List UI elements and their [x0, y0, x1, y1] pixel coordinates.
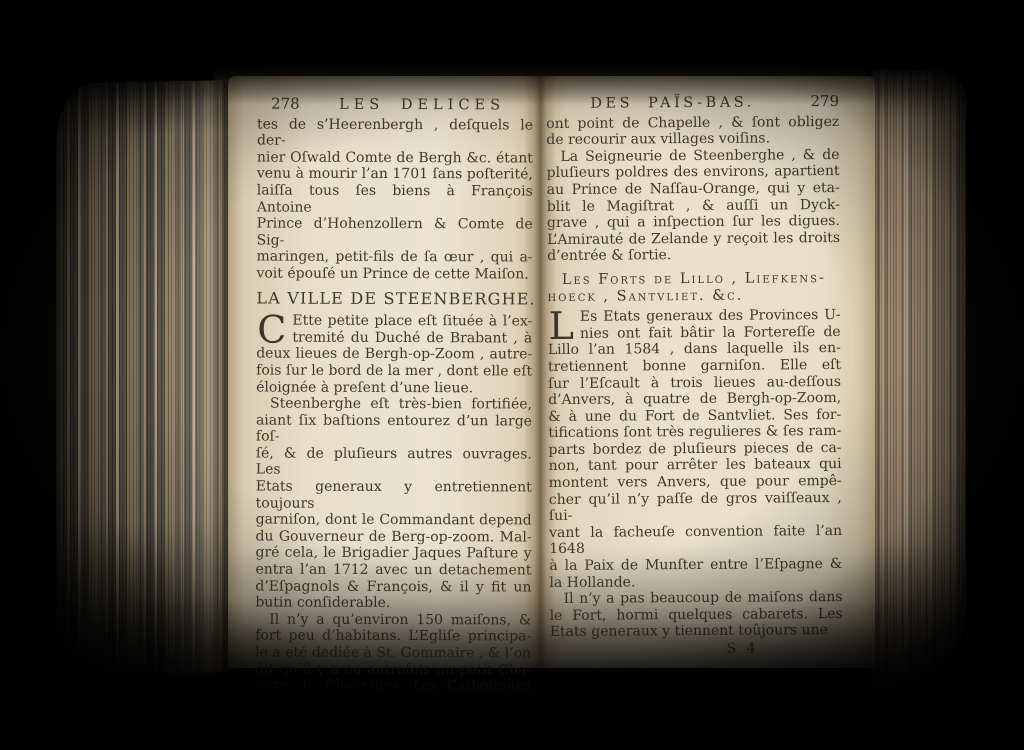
text-line: Les Forts de Lillo , Liefkens-	[547, 270, 840, 289]
text-line: pitre de Chanoines. Les Catholiques n’y	[255, 678, 531, 712]
text-line: deux lieues de Bergh-op-Zoom , autre-	[256, 346, 532, 364]
text-line: butin conſiderable.	[255, 595, 531, 613]
text-line: Il n’y a pas beaucoup de maiſons dans	[550, 589, 843, 608]
text-line: non, tant pour arrêter les bateaux qui	[549, 456, 842, 475]
text-line: cher qu’il n’y paſſe de gros vaiſſeaux ,…	[549, 490, 842, 525]
text-line: le Fort, hormi quelques cabarets. Les	[550, 606, 843, 625]
right-page-text: DES PAÏS-BAS. 279 ont point de Chapelle …	[546, 93, 843, 659]
text-line: d’Anvers, à quatre de Bergh-op-Zoom,	[548, 390, 841, 409]
text-line: tretiennent bonne garniſon. Elle eſt	[548, 357, 841, 376]
text-line: maringen, petit-fils de ſa œur , qui a-	[257, 249, 533, 267]
text-line: L’Amirauté de Zelande y reçoit les droit…	[547, 230, 840, 249]
left-running-title: LES DELICES	[311, 97, 533, 114]
text-line: blit le Magiſtrat , & auſſi un Dyck-	[547, 197, 840, 216]
text-line: parts bordez de pluſieurs pieces de ca-	[548, 440, 841, 459]
text-line: le a eté dediée à St. Gommaire , & l’on	[255, 645, 531, 663]
text-line: fort peu d’habitans. L’Egliſe principa-	[255, 628, 531, 646]
left-fore-edge	[56, 80, 234, 676]
text-line: Es Etats generaux des Provinces U-	[548, 307, 841, 326]
text-line: grave , qui a inſpection ſur les digues.	[547, 213, 840, 232]
paragraph-chapelle: ont point de Chapelle , & ſont obligezde…	[546, 114, 839, 149]
paragraph-situation: C Ette petite place eſt ſituée à l’ex-tr…	[256, 313, 532, 397]
text-line: tes de s’Heerenbergh , deſquels le der-	[257, 116, 533, 150]
text-line: du Gouverneur de Berg-op-zoom. Mal-	[256, 528, 532, 546]
text-line: Steenberghe eſt très-bien fortifiée,	[256, 396, 532, 414]
text-line: Il n’y a qu’environ 150 maiſons, &	[255, 611, 531, 629]
text-line: laiſſa tous ſes biens à François Antoine	[257, 182, 533, 216]
section-title-ville-de-steenberghe: LA VILLE DE STEENBERGHE.	[256, 290, 532, 308]
text-line: venu à mourir l’an 1701 ſans poſterité,	[257, 166, 533, 184]
text-line: Prince d’Hohenzollern & Comte de Sig-	[257, 216, 533, 250]
signature-mark-s4: S 4	[550, 640, 843, 659]
text-line: de recourir aux villages voiſins.	[546, 130, 839, 149]
paragraph-forteresse-lillo: L Es Etats generaux des Provinces U-nies…	[548, 307, 843, 591]
right-running-title: DES PAÏS-BAS.	[546, 94, 799, 112]
text-line: ſé, & de pluſieurs autres ouvrages. Les	[256, 445, 532, 479]
text-line: entra l’an 1712 avec un detachement	[255, 562, 531, 580]
text-line: d’entrée & ſortie.	[547, 246, 840, 265]
left-page-text: 278 LES DELICES tes de s’Heerenbergh , d…	[255, 96, 533, 732]
text-line: à la Paix de Munſter entre l’Eſpagne &	[549, 556, 842, 575]
text-line: hoeck , Santvliet. &c.	[547, 287, 840, 306]
paragraph-maisons: Il n’y a qu’environ 150 maiſons, &fort p…	[255, 611, 531, 712]
text-line: d’Eſpagnols & François, & il y fit un	[255, 578, 531, 596]
left-page-number: 278	[257, 96, 311, 113]
text-line: Etats generaux y entretiennent toujours	[256, 479, 532, 513]
right-page-header: DES PAÏS-BAS. 279	[546, 93, 839, 113]
text-line: tifications ſont très regulieres & ſes r…	[548, 423, 841, 442]
text-line: & à une du Fort de Santvliet. Ses for-	[548, 407, 841, 426]
book-photo: 278 LES DELICES tes de s’Heerenbergh , d…	[0, 0, 1024, 750]
text-line: la Hollande.	[549, 573, 842, 592]
text-line: nier Oſwald Comte de Bergh &c. étant	[257, 149, 533, 167]
right-fore-edge	[872, 69, 966, 693]
text-line: Etats generaux y tiennent toûjours une	[550, 622, 843, 641]
text-line: garniſon, dont le Commandant depend	[256, 512, 532, 530]
text-line: Ette petite place eſt ſituée à l’ex-	[256, 313, 532, 331]
text-line: fois ſur le bord de la mer , dont elle e…	[256, 362, 532, 380]
paragraph-heerenbergh: tes de s’Heerenbergh , deſquels le der-n…	[256, 116, 533, 283]
text-line: voit épouſé un Prince de cette Maiſon.	[256, 265, 532, 283]
ghost-signature-mark: S 3	[255, 714, 531, 732]
text-line: Lillo l’an 1584 , dans laquelle ils en-	[548, 340, 841, 359]
drop-cap-l: L	[548, 309, 580, 341]
paragraph-forteresse-lines: Es Etats generaux des Provinces U-nies o…	[548, 307, 843, 591]
text-line: ont point de Chapelle , & ſont obligez	[546, 114, 839, 133]
text-line: gré cela, le Brigadier Jaques Paſture y	[255, 545, 531, 563]
text-line: au Prince de Naſſau-Orange, qui y eta-	[547, 180, 840, 199]
left-page-header: 278 LES DELICES	[257, 96, 533, 115]
text-line: La Seigneurie de Steenberghe , & de	[546, 147, 839, 166]
text-line: tremité du Duché de Brabant , à	[256, 329, 532, 347]
paragraph-situation-lines: Ette petite place eſt ſituée à l’ex-trem…	[256, 313, 532, 397]
text-line: vant la facheuſe convention faite l’an 1…	[549, 523, 842, 558]
paragraph-fortification: Steenberghe eſt très-bien fortifiée,aian…	[255, 396, 532, 613]
text-line: dit qu’il y a eu autrefois un petit Cha-	[255, 661, 531, 679]
text-line: montent vers Anvers, que pour empê-	[549, 473, 842, 492]
text-line: aiant ſix baſtions entourez d’un large f…	[256, 412, 532, 446]
text-line: éloignée à preſent d’une lieue.	[256, 379, 532, 397]
paragraph-cabarets: Il n’y a pas beaucoup de maiſons dansle …	[550, 589, 843, 641]
text-line: pluſieurs poldres des environs, apartien…	[547, 163, 840, 182]
text-line: nies ont fait bâtir la Fortereſſe de	[548, 324, 841, 343]
right-page-number: 279	[799, 93, 839, 110]
drop-cap-c: C	[256, 313, 292, 345]
paragraph-seigneurie: La Seigneurie de Steenberghe , & depluſi…	[546, 147, 840, 265]
section-heading-forts-de-lillo: Les Forts de Lillo , Liefkens-hoeck , Sa…	[547, 270, 840, 305]
